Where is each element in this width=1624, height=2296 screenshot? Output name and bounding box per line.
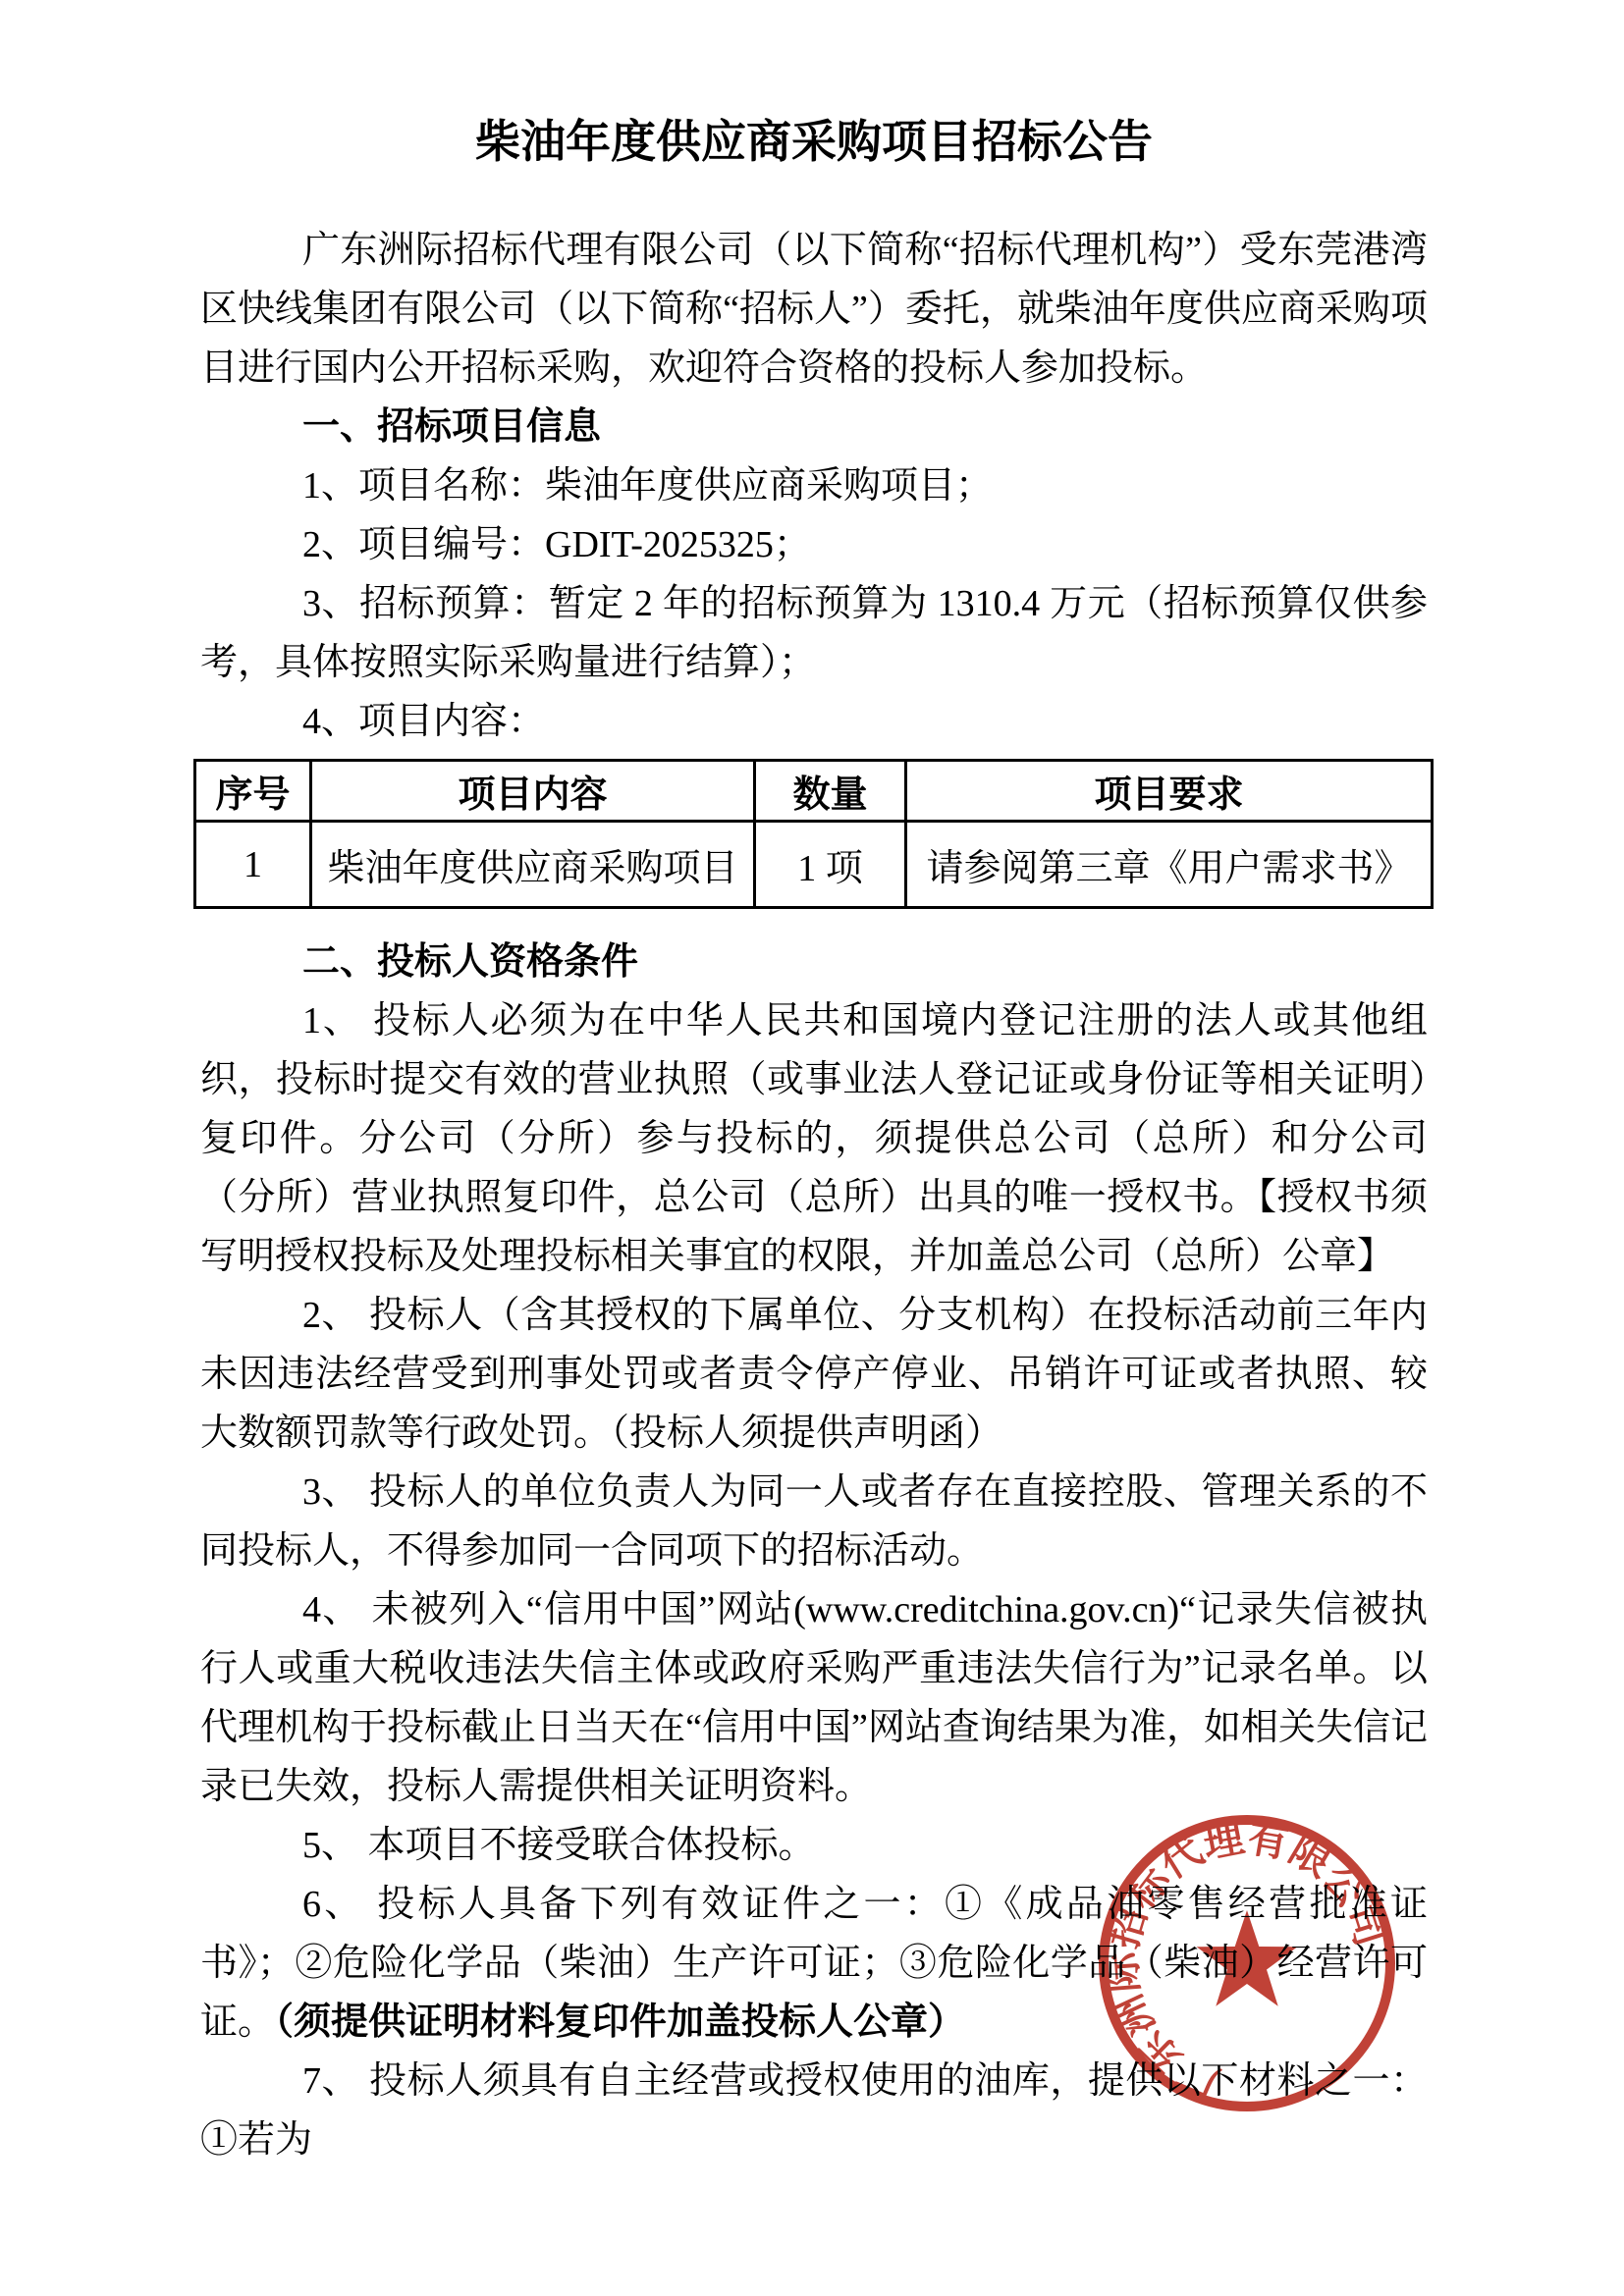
cell-index: 1: [195, 822, 311, 908]
item-text-bold: （须提供证明材料复印件加盖投标人公章）: [275, 2002, 965, 2043]
page-title: 柴油年度供应商采购项目招标公告: [200, 108, 1428, 177]
item-text: 4、 未被列入“信用中国”网站(www.creditchina.gov.cn)“…: [200, 1589, 1428, 1807]
intro-paragraph: 广东洲际招标代理有限公司（以下简称“招标代理机构”）受东莞港湾区快线集团有限公司…: [200, 221, 1428, 398]
list-item: 2、 投标人（含其授权的下属单位、分支机构）在投标活动前三年内未因违法经营受到刑…: [200, 1286, 1428, 1463]
list-item: 1、 投标人必须为在中华人民共和国境内登记注册的法人或其他组织，投标时提交有效的…: [200, 991, 1428, 1286]
item-text: 2、 投标人（含其授权的下属单位、分支机构）在投标活动前三年内未因违法经营受到刑…: [200, 1295, 1428, 1454]
list-item: 1、项目名称：柴油年度供应商采购项目；: [200, 456, 1428, 515]
section-2-heading: 二、投标人资格条件: [200, 933, 1428, 991]
col-header-index: 序号: [195, 761, 311, 822]
cell-content: 柴油年度供应商采购项目: [311, 822, 755, 908]
project-table: 序号 项目内容 数量 项目要求 1 柴油年度供应商采购项目 1 项 请参阅第三章…: [193, 759, 1434, 909]
list-item: 4、 未被列入“信用中国”网站(www.creditchina.gov.cn)“…: [200, 1580, 1428, 1816]
table-header-row: 序号 项目内容 数量 项目要求: [195, 761, 1433, 822]
item-text: 5、 本项目不接受联合体投标。: [302, 1825, 816, 1866]
table-row: 1 柴油年度供应商采购项目 1 项 请参阅第三章《用户需求书》: [195, 822, 1433, 908]
list-item: 4、项目内容：: [200, 692, 1428, 751]
item-text: 1、 投标人必须为在中华人民共和国境内登记注册的法人或其他组织，投标时提交有效的…: [200, 1000, 1428, 1277]
col-header-content: 项目内容: [311, 761, 755, 822]
cell-requirement: 请参阅第三章《用户需求书》: [906, 822, 1433, 908]
item-text: 7、 投标人须具有自主经营或授权使用的油库，提供以下材料之一：①若为: [200, 2060, 1428, 2161]
document-page: 柴油年度供应商采购项目招标公告 广东洲际招标代理有限公司（以下简称“招标代理机构…: [0, 0, 1624, 2296]
list-item: 3、招标预算：暂定 2 年的招标预算为 1310.4 万元（招标预算仅供参考，具…: [200, 574, 1428, 692]
document-content: 柴油年度供应商采购项目招标公告 广东洲际招标代理有限公司（以下简称“招标代理机构…: [0, 0, 1624, 2169]
list-item: 7、 投标人须具有自主经营或授权使用的油库，提供以下材料之一：①若为: [200, 2052, 1428, 2169]
section-1-heading: 一、招标项目信息: [200, 398, 1428, 456]
list-item: 3、 投标人的单位负责人为同一人或者存在直接控股、管理关系的不同投标人，不得参加…: [200, 1463, 1428, 1580]
item-text: 3、 投标人的单位负责人为同一人或者存在直接控股、管理关系的不同投标人，不得参加…: [200, 1471, 1428, 1572]
col-header-requirement: 项目要求: [906, 761, 1433, 822]
col-header-quantity: 数量: [755, 761, 906, 822]
list-item: 6、 投标人具备下列有效证件之一：①《成品油零售经营批准证书》；②危险化学品（柴…: [200, 1875, 1428, 2052]
list-item: 5、 本项目不接受联合体投标。: [200, 1816, 1428, 1875]
list-item: 2、项目编号：GDIT-2025325；: [200, 515, 1428, 574]
cell-quantity: 1 项: [755, 822, 906, 908]
